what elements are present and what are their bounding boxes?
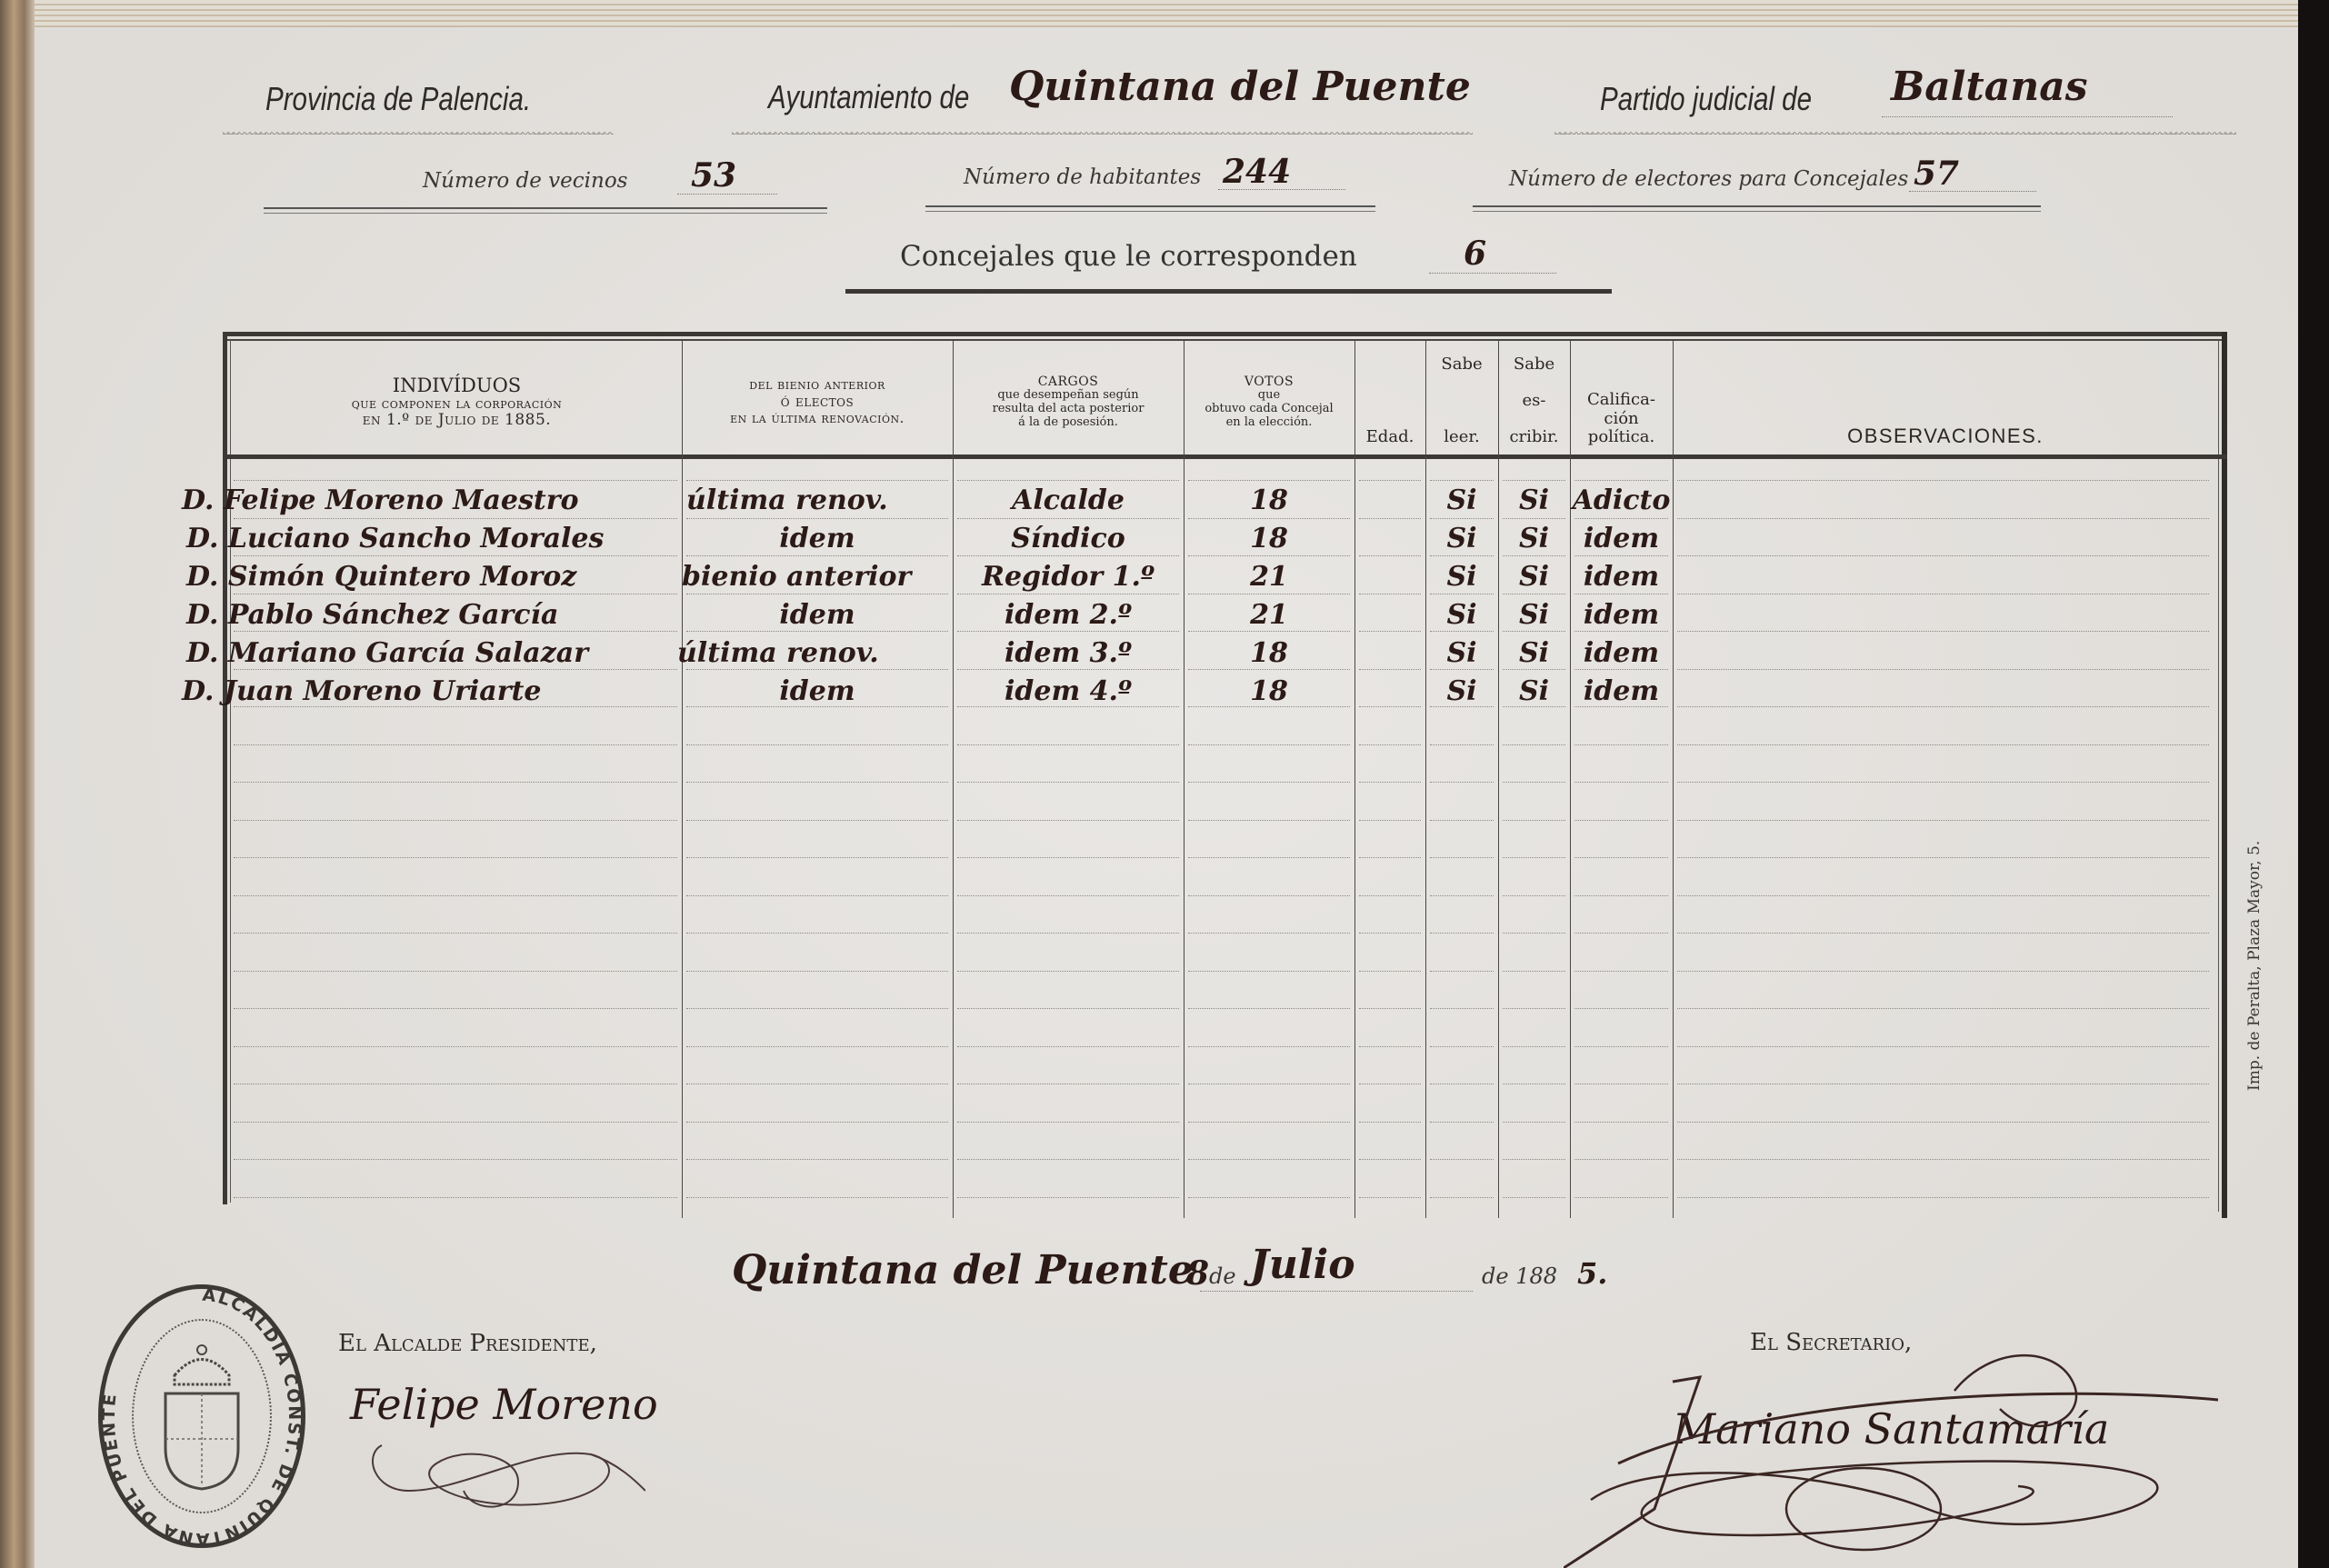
row-rule <box>1574 555 1668 556</box>
column-divider <box>1570 341 1571 1218</box>
row-rule <box>1430 782 1494 783</box>
row-rule <box>1430 857 1494 858</box>
cell-cargo: Alcalde <box>953 484 1184 516</box>
row-rule <box>234 669 677 670</box>
row-rule <box>957 971 1179 972</box>
cell-bienio: última renov. <box>686 484 888 516</box>
cell-leer: Si <box>1425 637 1498 669</box>
row-rule <box>1574 782 1668 783</box>
row-rule <box>686 669 948 670</box>
row-rule <box>1188 1084 1350 1084</box>
row-rule <box>957 857 1179 858</box>
fill-line <box>1429 273 1556 274</box>
row-rule <box>1430 895 1494 896</box>
seal-ring-text: ALCALDÍA CONST. DE QUINTANA DEL PUENTE <box>98 1284 305 1548</box>
cell-calificacion: idem <box>1570 561 1673 593</box>
row-rule <box>1430 1159 1494 1160</box>
cell-cargo: idem 4.º <box>953 675 1184 707</box>
row-rule <box>1359 782 1421 783</box>
background-edge <box>2298 0 2329 1568</box>
row-rule <box>957 555 1179 556</box>
row-rule <box>1188 1197 1350 1198</box>
header-subtitle: política. <box>1588 428 1654 447</box>
row-rule <box>957 895 1179 896</box>
row-rule <box>1359 480 1421 481</box>
ayuntamiento-value: Quintana del Puente <box>1009 64 1471 110</box>
row-rule <box>686 1046 948 1047</box>
row-rule <box>1359 631 1421 632</box>
row-rule <box>1359 669 1421 670</box>
header-title: del bienio anterior <box>749 377 885 393</box>
header-title: OBSERVACIONES. <box>1847 424 2044 447</box>
cell-votos: 18 <box>1184 523 1354 554</box>
row-rule <box>1574 820 1668 821</box>
row-rule <box>957 631 1179 632</box>
row-rule <box>1677 857 2209 858</box>
row-rule <box>1503 631 1565 632</box>
row-rule <box>686 631 948 632</box>
row-rule <box>1574 1008 1668 1009</box>
row-rule <box>1430 1122 1494 1123</box>
header-title: INDIVÍDUOS <box>393 375 521 396</box>
row-rule <box>1677 594 2209 594</box>
column-divider <box>1425 341 1426 1218</box>
footer-day: 8 <box>1186 1254 1209 1293</box>
cell-cargo: Regidor 1.º <box>953 561 1184 593</box>
council-table: INDIVÍDUOS que componen la corporación e… <box>223 332 2227 1218</box>
double-rule <box>1473 205 2041 207</box>
cell-bienio: bienio anterior <box>682 561 911 593</box>
row-rule <box>1188 744 1350 745</box>
footer-de: de <box>1209 1263 1236 1289</box>
cell-leer: Si <box>1425 523 1498 554</box>
row-rule <box>234 1046 677 1047</box>
row-rule <box>1677 669 2209 670</box>
footer-place: Quintana del Puente <box>732 1247 1194 1293</box>
row-rule <box>1188 669 1350 670</box>
row-rule <box>1188 820 1350 821</box>
row-rule <box>1359 820 1421 821</box>
row-rule <box>1503 594 1565 594</box>
table-border <box>2222 332 2227 1218</box>
header-rule <box>223 454 2227 459</box>
row-rule <box>1359 594 1421 594</box>
cell-cargo: idem 2.º <box>953 599 1184 631</box>
row-rule <box>1359 857 1421 858</box>
row-rule <box>1503 1084 1565 1084</box>
row-rule <box>1677 744 2209 745</box>
column-divider <box>1184 341 1184 1218</box>
header-subtitle: resulta del acta posterior <box>993 403 1145 416</box>
header-subtitle: en 1.º de Julio de 1885. <box>363 412 551 430</box>
cell-calificacion: idem <box>1570 675 1673 707</box>
row-rule <box>1677 933 2209 934</box>
header-subtitle: ción <box>1604 410 1638 429</box>
row-rule <box>1503 820 1565 821</box>
cell-name: D. Felipe Moreno Maestro <box>182 484 579 516</box>
row-rule <box>1188 1046 1350 1047</box>
cell-bienio: última renov. <box>677 637 879 669</box>
cell-cargo: Síndico <box>953 523 1184 554</box>
row-rule <box>1574 594 1668 594</box>
header-title: Edad. <box>1366 428 1414 447</box>
svg-text:ALCALDÍA CONST. DE QUINTANA DE: ALCALDÍA CONST. DE QUINTANA DEL PUENTE <box>99 1285 305 1548</box>
alcalde-signature: Felipe Moreno <box>350 1380 658 1429</box>
row-rule <box>686 480 948 481</box>
cell-bienio: idem <box>682 599 953 631</box>
row-rule <box>686 594 948 594</box>
row-rule <box>234 1008 677 1009</box>
row-rule <box>1503 971 1565 972</box>
row-rule <box>686 857 948 858</box>
row-rule <box>1430 480 1494 481</box>
row-rule <box>1574 1159 1668 1160</box>
cell-votos: 21 <box>1184 599 1354 631</box>
row-rule <box>234 518 677 519</box>
row-rule <box>957 820 1179 821</box>
row-rule <box>957 669 1179 670</box>
footer-month: Julio <box>1250 1242 1355 1288</box>
col-header-sabe-leer: Sabe leer. <box>1425 350 1498 454</box>
col-header-sabe-escribir: Sabe es- cribir. <box>1498 350 1570 454</box>
heavy-rule <box>845 289 1612 294</box>
row-rule <box>234 820 677 821</box>
column-divider <box>1498 341 1499 1218</box>
row-rule <box>686 933 948 934</box>
row-rule <box>1503 1046 1565 1047</box>
column-divider <box>682 341 683 1218</box>
cell-name: D. Pablo Sánchez García <box>186 599 558 631</box>
partido-label: Partido judicial de <box>1600 80 1812 118</box>
row-rule <box>234 1122 677 1123</box>
row-rule <box>1430 669 1494 670</box>
row-rule <box>1359 1122 1421 1123</box>
wavy-rule <box>223 132 614 137</box>
fill-line <box>1200 1291 1473 1292</box>
col-header-edad: Edad. <box>1354 350 1425 454</box>
row-rule <box>686 518 948 519</box>
cell-escribir: Si <box>1498 599 1570 631</box>
row-rule <box>1359 1159 1421 1160</box>
cell-calificacion: idem <box>1570 637 1673 669</box>
col-header-individuos: INDIVÍDUOS que componen la corporación e… <box>232 350 682 454</box>
row-rule <box>1677 480 2209 481</box>
row-rule <box>957 1197 1179 1198</box>
header-title: Sabe <box>1441 355 1482 375</box>
electores-value: 57 <box>1914 155 1959 193</box>
fill-line <box>1882 116 2173 117</box>
row-rule <box>1574 1046 1668 1047</box>
fill-line <box>677 194 777 195</box>
row-rule <box>1188 971 1350 972</box>
row-rule <box>957 1084 1179 1084</box>
ayuntamiento-label: Ayuntamiento de <box>768 78 969 116</box>
row-rule <box>234 744 677 745</box>
row-rule <box>686 782 948 783</box>
column-divider <box>953 341 954 1218</box>
row-rule <box>1503 669 1565 670</box>
row-rule <box>1359 895 1421 896</box>
row-rule <box>1503 555 1565 556</box>
row-rule <box>1430 518 1494 519</box>
cell-name: D. Luciano Sancho Morales <box>186 523 604 554</box>
col-header-observaciones: OBSERVACIONES. <box>1673 350 2218 454</box>
cell-calificacion: idem <box>1570 599 1673 631</box>
header-subtitle: en la elección. <box>1226 416 1313 430</box>
row-rule <box>1503 1008 1565 1009</box>
row-rule <box>686 1084 948 1084</box>
row-rule <box>1677 895 2209 896</box>
row-rule <box>1574 744 1668 745</box>
fill-line <box>1909 191 2036 192</box>
double-rule <box>264 207 827 209</box>
table-border <box>223 332 2227 336</box>
row-rule <box>957 1122 1179 1123</box>
row-rule <box>1359 1046 1421 1047</box>
row-rule <box>1503 857 1565 858</box>
header-subtitle: que componen la corporación <box>352 396 563 412</box>
concejales-value: 6 <box>1464 235 1486 273</box>
page-stack-edges <box>35 0 2298 27</box>
row-rule <box>957 1159 1179 1160</box>
cell-cargo: idem 3.º <box>953 637 1184 669</box>
row-rule <box>1188 480 1350 481</box>
row-rule <box>1188 933 1350 934</box>
row-rule <box>1188 518 1350 519</box>
row-rule <box>1503 895 1565 896</box>
header-subtitle: en la última renovación. <box>730 411 905 426</box>
cell-leer: Si <box>1425 675 1498 707</box>
row-rule <box>1503 1122 1565 1123</box>
header-subtitle: á la de posesión. <box>1018 416 1118 430</box>
row-rule <box>686 1122 948 1123</box>
row-rule <box>1359 555 1421 556</box>
row-rule <box>1188 631 1350 632</box>
row-rule <box>686 1159 948 1160</box>
column-divider <box>1354 341 1355 1218</box>
cell-escribir: Si <box>1498 523 1570 554</box>
col-header-bienio: del bienio anterior ó electos en la últi… <box>682 350 953 454</box>
row-rule <box>1188 1159 1350 1160</box>
row-rule <box>1574 518 1668 519</box>
row-rule <box>234 594 677 594</box>
row-rule <box>957 1046 1179 1047</box>
row-rule <box>1188 1008 1350 1009</box>
row-rule <box>234 555 677 556</box>
cell-escribir: Si <box>1498 484 1570 516</box>
header-title: Sabe <box>1514 355 1554 375</box>
table-border <box>223 339 2227 341</box>
row-rule <box>234 1197 677 1198</box>
cell-votos: 21 <box>1184 561 1354 593</box>
row-rule <box>1188 594 1350 594</box>
row-rule <box>1677 820 2209 821</box>
province-label: Provincia de Palencia. <box>265 80 531 118</box>
double-rule <box>925 205 1375 207</box>
signature-flourish-icon <box>355 1427 645 1527</box>
row-rule <box>1430 744 1494 745</box>
row-rule <box>1188 782 1350 783</box>
row-rule <box>686 820 948 821</box>
row-rule <box>1677 1122 2209 1123</box>
header-subtitle: que desempeñan según <box>997 389 1138 403</box>
row-rule <box>1677 631 2209 632</box>
header-subtitle: es- <box>1523 392 1546 411</box>
cell-name: D. Juan Moreno Uriarte <box>182 675 541 707</box>
row-rule <box>957 480 1179 481</box>
row-rule <box>1574 1197 1668 1198</box>
row-rule <box>1430 1008 1494 1009</box>
cell-leer: Si <box>1425 484 1498 516</box>
row-rule <box>686 555 948 556</box>
header-subtitle: que <box>1258 389 1280 403</box>
row-rule <box>1430 631 1494 632</box>
row-rule <box>1574 669 1668 670</box>
row-rule <box>1188 555 1350 556</box>
row-rule <box>1430 1046 1494 1047</box>
table-border <box>2218 339 2219 1212</box>
fill-line <box>1218 189 1345 190</box>
row-rule <box>234 895 677 896</box>
row-rule <box>1574 933 1668 934</box>
book-binding <box>0 0 35 1568</box>
row-rule <box>1430 594 1494 594</box>
cell-leer: Si <box>1425 599 1498 631</box>
partido-value: Baltanas <box>1891 64 2088 110</box>
row-rule <box>1503 1197 1565 1198</box>
row-rule <box>234 1084 677 1084</box>
row-rule <box>1359 706 1421 707</box>
electores-label: Número de electores para Concejales <box>1509 167 1908 191</box>
row-rule <box>234 857 677 858</box>
row-rule <box>1430 1197 1494 1198</box>
row-rule <box>1677 1197 2209 1198</box>
column-divider <box>1673 341 1674 1218</box>
row-rule <box>686 1008 948 1009</box>
row-rule <box>1677 1159 2209 1160</box>
table-border <box>230 339 231 1203</box>
cell-escribir: Si <box>1498 637 1570 669</box>
row-rule <box>1677 782 2209 783</box>
row-rule <box>1574 1084 1668 1084</box>
cell-calificacion: Adicto <box>1570 484 1673 516</box>
row-rule <box>234 782 677 783</box>
row-rule <box>686 744 948 745</box>
header-title: VOTOS <box>1244 375 1294 389</box>
cell-escribir: Si <box>1498 675 1570 707</box>
cell-votos: 18 <box>1184 484 1354 516</box>
row-rule <box>686 895 948 896</box>
alcalde-label: El Alcalde Presidente, <box>338 1330 597 1357</box>
row-rule <box>1574 971 1668 972</box>
row-rule <box>1503 782 1565 783</box>
cell-votos: 18 <box>1184 675 1354 707</box>
row-rule <box>1677 706 2209 707</box>
col-header-calificacion: Califica- ción política. <box>1570 350 1673 454</box>
row-rule <box>1677 1008 2209 1009</box>
header-subtitle: ó electos <box>781 394 854 412</box>
row-rule <box>686 971 948 972</box>
row-rule <box>957 744 1179 745</box>
header-subtitle: cribir. <box>1509 428 1558 447</box>
row-rule <box>1430 933 1494 934</box>
cell-escribir: Si <box>1498 561 1570 593</box>
cell-bienio: idem <box>682 523 953 554</box>
row-rule <box>1188 857 1350 858</box>
col-header-votos: VOTOS que obtuvo cada Concejal en la ele… <box>1184 350 1354 454</box>
row-rule <box>1430 820 1494 821</box>
footer-year-prefix: de 188 <box>1482 1263 1557 1289</box>
row-rule <box>1677 518 2209 519</box>
row-rule <box>1503 744 1565 745</box>
header-title: Califica- <box>1587 391 1655 410</box>
row-rule <box>1574 1122 1668 1123</box>
habitantes-value: 244 <box>1223 153 1291 191</box>
row-rule <box>957 933 1179 934</box>
cell-name: D. Simón Quintero Moroz <box>186 561 576 593</box>
row-rule <box>234 1159 677 1160</box>
row-rule <box>1503 480 1565 481</box>
vecinos-label: Número de vecinos <box>423 169 627 193</box>
concejales-label: Concejales que le corresponden <box>900 240 1357 273</box>
row-rule <box>1503 933 1565 934</box>
wavy-rule <box>732 132 1473 137</box>
row-rule <box>234 933 677 934</box>
footer-year-suffix: 5. <box>1577 1256 1607 1291</box>
row-rule <box>1677 555 2209 556</box>
row-rule <box>1359 1084 1421 1084</box>
signature-flourish-icon <box>1564 1327 2218 1568</box>
row-rule <box>1359 1008 1421 1009</box>
row-rule <box>234 480 677 481</box>
row-rule <box>1188 1122 1350 1123</box>
row-rule <box>1677 1046 2209 1047</box>
printer-imprint: Imp. de Peralta, Plaza Mayor, 5. <box>2245 841 2264 1091</box>
cell-leer: Si <box>1425 561 1498 593</box>
row-rule <box>957 518 1179 519</box>
row-rule <box>1503 518 1565 519</box>
wavy-rule <box>1554 132 2236 137</box>
cell-bienio: idem <box>682 675 953 707</box>
row-rule <box>1430 971 1494 972</box>
cell-votos: 18 <box>1184 637 1354 669</box>
cell-calificacion: idem <box>1570 523 1673 554</box>
row-rule <box>1574 631 1668 632</box>
row-rule <box>1359 518 1421 519</box>
row-rule <box>1574 857 1668 858</box>
table-border <box>223 332 227 1204</box>
col-header-cargos: CARGOS que desempeñan según resulta del … <box>953 350 1184 454</box>
header-subtitle: obtuvo cada Concejal <box>1204 403 1333 416</box>
row-rule <box>957 782 1179 783</box>
row-rule <box>1359 1197 1421 1198</box>
row-rule <box>1359 971 1421 972</box>
cell-name: D. Mariano García Salazar <box>186 637 588 669</box>
row-rule <box>1188 895 1350 896</box>
habitantes-label: Número de habitantes <box>964 165 1201 189</box>
row-rule <box>686 1197 948 1198</box>
header-subtitle: leer. <box>1444 428 1479 447</box>
vecinos-value: 53 <box>691 156 736 195</box>
header-title: CARGOS <box>1038 375 1099 389</box>
row-rule <box>1359 744 1421 745</box>
row-rule <box>234 971 677 972</box>
row-rule <box>1430 1084 1494 1084</box>
row-rule <box>1677 1084 2209 1084</box>
row-rule <box>1574 480 1668 481</box>
row-rule <box>1359 933 1421 934</box>
row-rule <box>234 631 677 632</box>
